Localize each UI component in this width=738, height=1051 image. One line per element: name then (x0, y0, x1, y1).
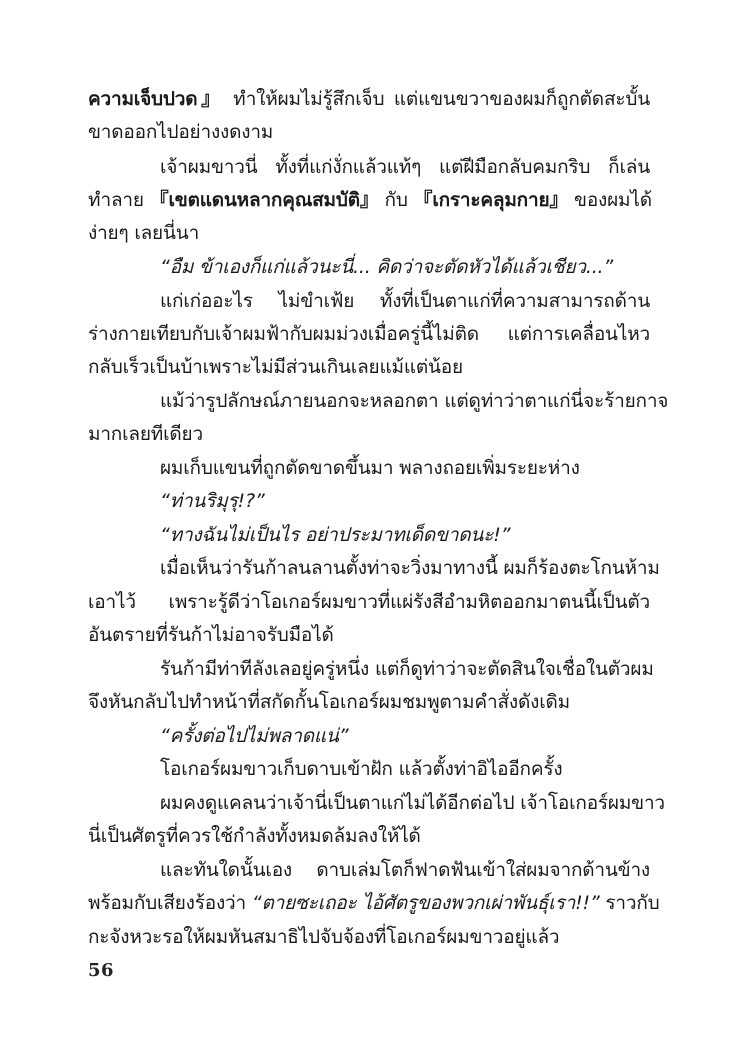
text-line: อันตรายที่รันก้าไม่อาจรับมือได้ (88, 619, 650, 652)
book-page: ความเจ็บปวด』 ทำให้ผมไม่รู้สึกเจ็บ แต่แขน… (0, 0, 738, 1051)
text-line: จึงหันกลับไปทำหน้าที่สกัดกั้นโอเกอร์ผมชม… (88, 686, 650, 719)
inline-dialogue: “ตายซะเถอะ ไอ้ศัตรูของพวกเผ่าพันธุ์เรา!!… (252, 892, 600, 914)
bold-term: 『เกราะคลุมกาย』 (414, 189, 569, 211)
text-line: ขาดออกไปอย่างงดงาม (88, 116, 650, 149)
text-line: พร้อมกับเสียงร้องว่า “ตายซะเถอะ ไอ้ศัตรู… (88, 887, 650, 920)
text-line: แก่เก่ออะไร ไม่ขำเฟ้ย ทั้งที่เป็นตาแก่ที… (160, 285, 650, 318)
dialogue-line: “ท่านริมุรุ!?” (160, 485, 650, 518)
text-line: ง่ายๆ เลยนี่นา (88, 217, 650, 250)
text-line: นี่เป็นศัตรูที่ควรใช้กำลังทั้งหมดล้มลงให… (88, 820, 650, 853)
page-number: 56 (88, 960, 114, 981)
text-line: ร่างกายเทียบกับเจ้าผมฟ้ากับผมม่วงเมื่อคร… (88, 318, 650, 351)
text-line: รันก้ามีท่าทีลังเลอยู่ครู่หนึ่ง แต่ก็ดูท… (160, 653, 650, 686)
dialogue-line: “อืม ข้าเองก็แก่แล้วนะนี่... คิดว่าจะตัด… (160, 251, 650, 284)
text-line: ผมคงดูแคลนว่าเจ้านี่เป็นตาแก่ไม่ได้อีกต่… (160, 787, 650, 820)
text-line: แม้ว่ารูปลักษณ์ภายนอกจะหลอกตา แต่ดูท่าว่… (160, 385, 650, 418)
text-line: กลับเร็วเป็นบ้าเพราะไม่มีส่วนเกินเลยแม้แ… (88, 351, 650, 384)
text-line: ผมเก็บแขนที่ถูกตัดขาดขึ้นมา พลางถอยเพิ่ม… (160, 452, 650, 485)
dialogue-line: “ครั้งต่อไปไม่พลาดแน่” (160, 720, 650, 753)
bold-term: ความเจ็บปวด』 (88, 88, 224, 110)
text-line: เอาไว้ เพราะรู้ดีว่าโอเกอร์ผมขาวที่แผ่รั… (88, 586, 650, 619)
dialogue-line: “ทางฉันไม่เป็นไร อย่าประมาทเด็ดขาดนะ!” (160, 519, 650, 552)
text-line: กะจังหวะรอให้ผมหันสมาธิไปจับจ้องที่โอเกอ… (88, 921, 650, 954)
text-line: เจ้าผมขาวนี่ ทั้งที่แก่งั่กแล้วแท้ๆ แต่ฝ… (160, 151, 650, 184)
bold-term: 『เขตแดนหลากคุณสมบัติ』 (150, 189, 379, 211)
text-line: โอเกอร์ผมขาวเก็บดาบเข้าฝัก แล้วตั้งท่าอิ… (160, 753, 650, 786)
text-line: ทำลาย 『เขตแดนหลากคุณสมบัติ』 กับ 『เกราะคล… (88, 184, 650, 217)
text-line: ความเจ็บปวด』 ทำให้ผมไม่รู้สึกเจ็บ แต่แขน… (88, 83, 650, 116)
text-line: และทันใดนั้นเอง ดาบเล่มโตก็ฟาดฟันเข้าใส่… (160, 854, 650, 887)
text-line: เมื่อเห็นว่ารันก้าลนลานตั้งท่าจะวิ่งมาทา… (160, 552, 650, 585)
text-line: มากเลยทีเดียว (88, 418, 650, 451)
